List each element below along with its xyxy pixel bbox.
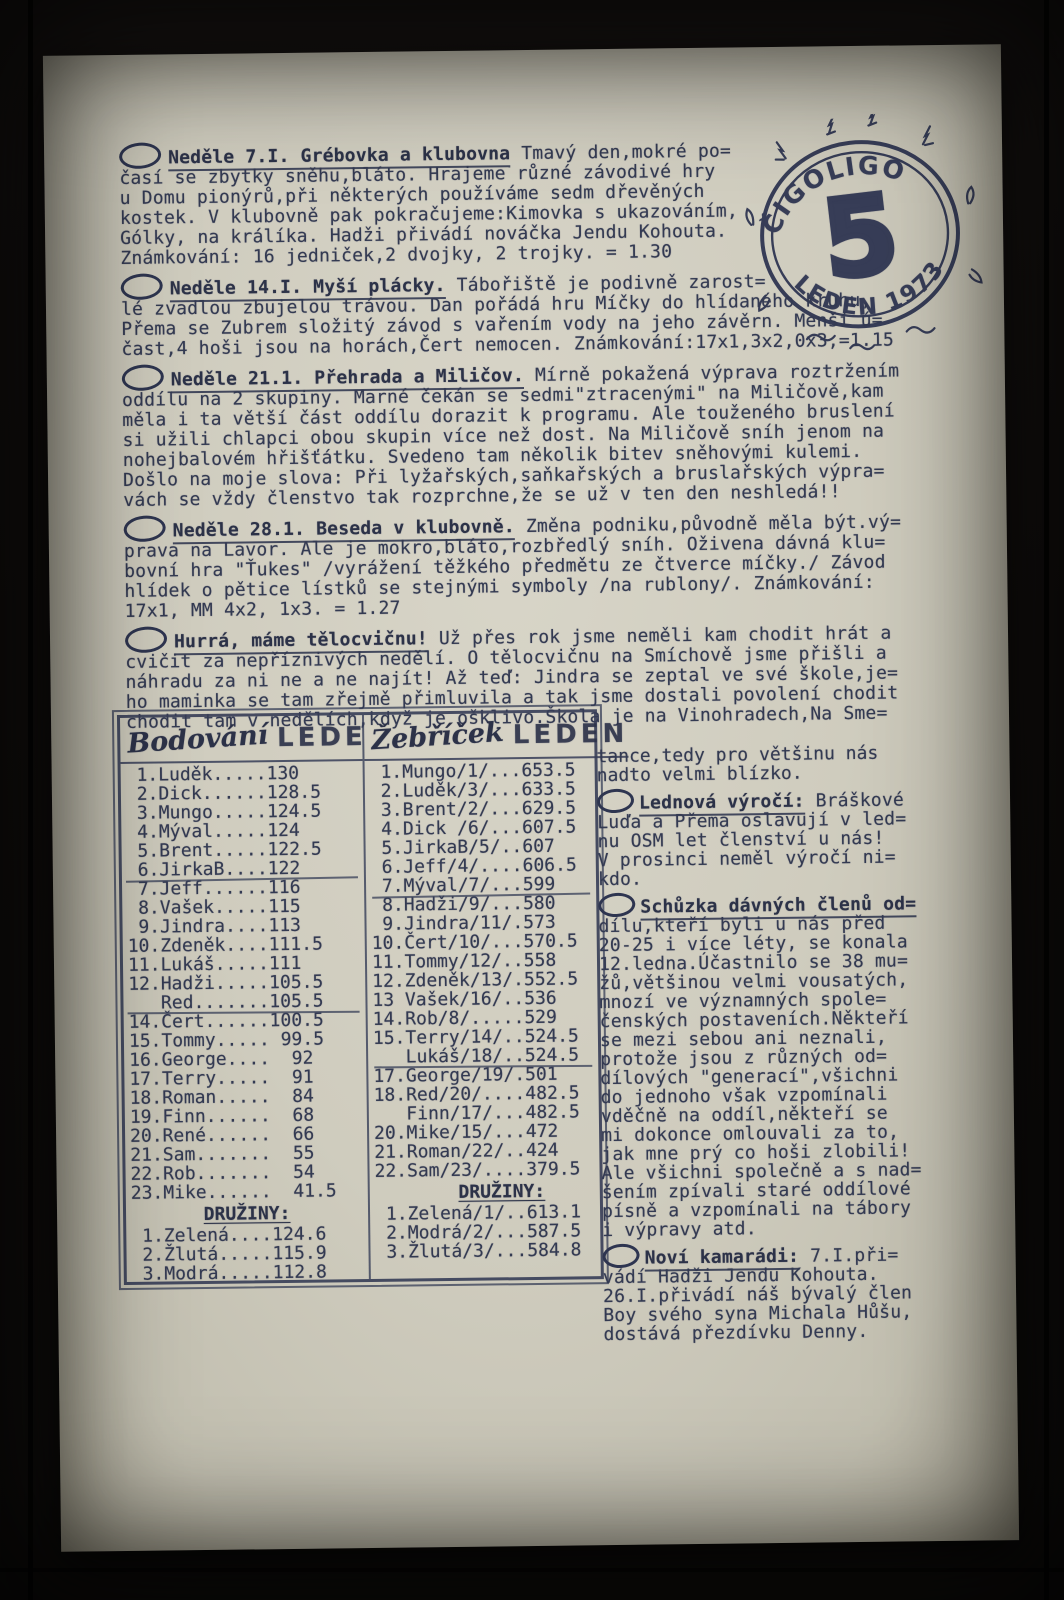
diary-entry: Neděle 21.1. Přehrada a Miličov. Mírně p… [122, 355, 936, 511]
bullet-ellipse-icon [124, 625, 168, 654]
diary-entry: Neděle 7.I. Grébovka a klubovna Tmavý de… [119, 133, 932, 269]
scoreboard-column-points: Bodování LEDEN 1.Luděk.....130 2.Dick...… [120, 715, 371, 1282]
score-row: 22.Sam/23/....379.5 [369, 1159, 633, 1181]
score-row: 23.Mike...... 41.5 [126, 1181, 368, 1203]
news-note: Noví kamarádi: 7.I.při= vádí Hadži Jendu… [602, 1240, 955, 1344]
bullet-ellipse-icon [120, 272, 164, 301]
scoreboard-left-header: Bodování LEDEN [120, 715, 363, 764]
bullet-ellipse-icon [123, 514, 167, 543]
individual-points-list: 1.Luděk.....130 2.Dick......128.5 3.Mung… [121, 761, 368, 1203]
team-points-list: 1.Zelená....124.6 2.Žlutá.....115.9 3.Mo… [126, 1222, 369, 1284]
bullet-ellipse-icon [596, 787, 635, 814]
header-script-word: Bodování [127, 725, 269, 753]
note-body: dílu,kteří byli u nás před 20-25 i více … [598, 893, 921, 1241]
scoreboard-column-ladder: Žebříček LEDEN 1.Mungo/1/...653.5 2.Ludě… [364, 712, 635, 1279]
individual-ladder-list: 1.Mungo/1/...653.5 2.Luděk/3/...633.5 3.… [365, 758, 634, 1181]
diary-entry: Neděle 14.I. Myší plácky. Tábořiště je p… [121, 264, 934, 360]
diary-entries: Neděle 7.I. Grébovka a klubovna Tmavý de… [119, 133, 938, 738]
news-note: Lednová výročí: Bráškové Luďa a Přema os… [597, 785, 950, 889]
wood-plank-gap [28, 0, 33, 1600]
photo-background: ČIGOLIGO 5 LEDEN 1973 Neděle 7.I. Grébov… [0, 0, 1064, 1600]
team-ladder-list: 1.Zelená/1/..613.1 2.Modrá/2/...587.5 3.… [370, 1200, 635, 1262]
bullet-ellipse-icon [121, 363, 165, 392]
wood-plank-gap [0, 1568, 1064, 1572]
news-notes: Lednová výročí: Bráškové Luďa a Přema os… [597, 785, 956, 1344]
bullet-ellipse-icon [118, 141, 162, 170]
diary-entry: Neděle 28.1. Beseda v klubovně. Změna po… [124, 506, 937, 622]
wood-plank-gap [1044, 0, 1049, 1600]
header-month-word: LEDEN [277, 727, 363, 747]
bullet-ellipse-icon [602, 1242, 641, 1269]
team-score-row: 3.Žlutá/3/...584.8 [370, 1240, 634, 1262]
scoreboard-table: Bodování LEDEN 1.Luděk.....130 2.Dick...… [117, 709, 604, 1285]
continuation-text: tance,tedy pro většinu nás nadto velmi b… [596, 743, 948, 785]
team-score-row: 3.Modrá.....112.8 [127, 1262, 369, 1284]
right-column: tance,tedy pro většinu nás nadto velmi b… [596, 743, 955, 1348]
newsletter-page: ČIGOLIGO 5 LEDEN 1973 Neděle 7.I. Grébov… [43, 44, 1019, 1552]
bullet-ellipse-icon [597, 891, 636, 918]
scoreboard-right-header: Žebříček LEDEN [364, 712, 629, 761]
header-script-word: Žebříček [371, 722, 505, 750]
news-note: Schůzka dávných členů od= dílu,kteří byl… [598, 889, 954, 1240]
header-month-word: LEDEN [513, 724, 629, 744]
